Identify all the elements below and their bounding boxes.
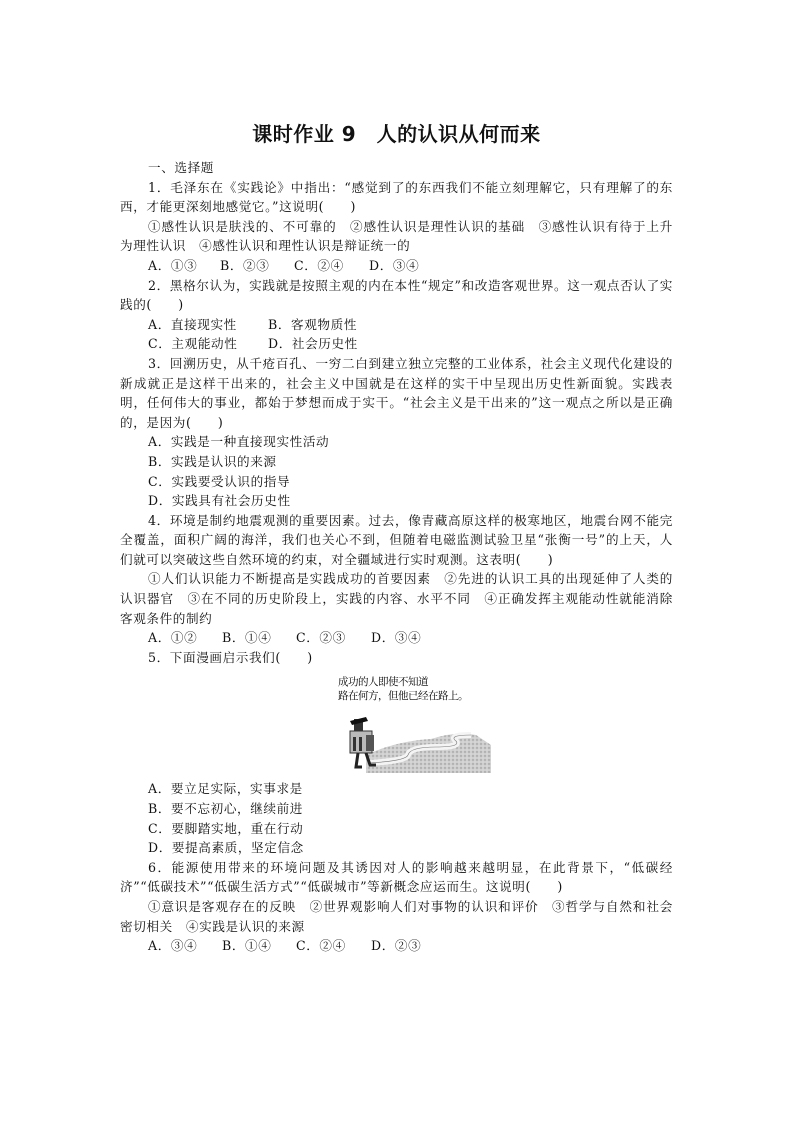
question-statements: ①意识是客观存在的反映 ②世界观影响人们对事物的认识和评价 ③哲学与自然和社会密… <box>120 897 673 936</box>
option-d[interactable]: D．③④ <box>369 256 419 276</box>
option-b[interactable]: B．①④ <box>222 628 296 648</box>
cartoon-image: 成功的人即使不知道 路在何方，但他已经在路上。 <box>336 675 496 773</box>
option-c[interactable]: C．②④ <box>294 256 369 276</box>
question-5: 5．下面漫画启示我们( ) 成功的人即使不知道 路在何方，但他已经在路上。 <box>120 648 673 858</box>
page-title: 课时作业 9 人的认识从何而来 <box>0 118 793 147</box>
question-statements: ①感性认识是肤浅的、不可靠的 ②感性认识是理性认识的基础 ③感性认识有待于上升为… <box>120 217 673 256</box>
options-row: C．主观能动性D．社会历史性 <box>120 334 673 354</box>
options-row: A．直接现实性B．客观物质性 <box>120 315 673 335</box>
option-c[interactable]: C．要脚踏实地，重在行动 <box>120 819 673 839</box>
option-b[interactable]: B．②③ <box>220 256 294 276</box>
option-d[interactable]: D．实践具有社会历史性 <box>120 491 673 511</box>
option-a[interactable]: A．要立足实际，实事求是 <box>120 779 673 799</box>
options-row: A．①②B．①④C．②③D．③④ <box>120 628 673 648</box>
question-stem: 2．黑格尔认为，实践就是按照主观的内在本性“规定”和改造客观世界。这一观点否认了… <box>120 276 673 315</box>
options-row: A．③④B．①④C．②④D．②③ <box>120 936 673 956</box>
question-1: 1．毛泽东在《实践论》中指出：“感觉到了的东西我们不能立刻理解它，只有理解了的东… <box>120 178 673 276</box>
option-a[interactable]: A．实践是一种直接现实性活动 <box>120 432 673 452</box>
question-stem: 1．毛泽东在《实践论》中指出：“感觉到了的东西我们不能立刻理解它，只有理解了的东… <box>120 178 673 217</box>
option-a[interactable]: A．直接现实性 <box>148 315 268 335</box>
option-b[interactable]: B．要不忘初心，继续前进 <box>120 799 673 819</box>
option-c[interactable]: C．实践要受认识的指导 <box>120 472 673 492</box>
option-d[interactable]: D．社会历史性 <box>268 334 358 354</box>
option-a[interactable]: A．①③ <box>148 256 220 276</box>
options-row: A．①③B．②③C．②④D．③④ <box>120 256 673 276</box>
option-b[interactable]: B．实践是认识的来源 <box>120 452 673 472</box>
option-b[interactable]: B．①④ <box>222 936 296 956</box>
question-6: 6．能源使用带来的环境问题及其诱因对人的影响越来越明显，在此背景下，“低碳经济”… <box>120 858 673 956</box>
question-4: 4．环境是制约地震观测的重要因素。过去，像青藏高原这样的极寒地区，地震台网不能完… <box>120 511 673 648</box>
cartoon-figure: 成功的人即使不知道 路在何方，但他已经在路上。 <box>120 675 673 773</box>
document-body: 一、选择题 1．毛泽东在《实践论》中指出：“感觉到了的东西我们不能立刻理解它，只… <box>120 158 673 956</box>
question-3: 3．回溯历史，从千疮百孔、一穷二白到建立独立完整的工业体系，社会主义现代化建设的… <box>120 354 673 511</box>
cartoon-illustration <box>336 675 496 773</box>
option-d[interactable]: D．②③ <box>371 936 421 956</box>
option-b[interactable]: B．客观物质性 <box>268 315 357 335</box>
option-d[interactable]: D．③④ <box>371 628 421 648</box>
question-stem: 5．下面漫画启示我们( ) <box>120 648 673 668</box>
question-stem: 3．回溯历史，从千疮百孔、一穷二白到建立独立完整的工业体系，社会主义现代化建设的… <box>120 354 673 432</box>
option-c[interactable]: C．主观能动性 <box>148 334 268 354</box>
option-a[interactable]: A．①② <box>148 628 222 648</box>
question-2: 2．黑格尔认为，实践就是按照主观的内在本性“规定”和改造客观世界。这一观点否认了… <box>120 276 673 354</box>
option-c[interactable]: C．②④ <box>296 936 371 956</box>
question-statements: ①人们认识能力不断提高是实践成功的首要因素 ②先进的认识工具的出现延伸了人类的认… <box>120 569 673 628</box>
option-a[interactable]: A．③④ <box>148 936 222 956</box>
question-stem: 4．环境是制约地震观测的重要因素。过去，像青藏高原这样的极寒地区，地震台网不能完… <box>120 511 673 570</box>
question-stem: 6．能源使用带来的环境问题及其诱因对人的影响越来越明显，在此背景下，“低碳经济”… <box>120 858 673 897</box>
option-c[interactable]: C．②③ <box>296 628 371 648</box>
option-d[interactable]: D．要提高素质，坚定信念 <box>120 838 673 858</box>
section-heading: 一、选择题 <box>120 158 673 178</box>
